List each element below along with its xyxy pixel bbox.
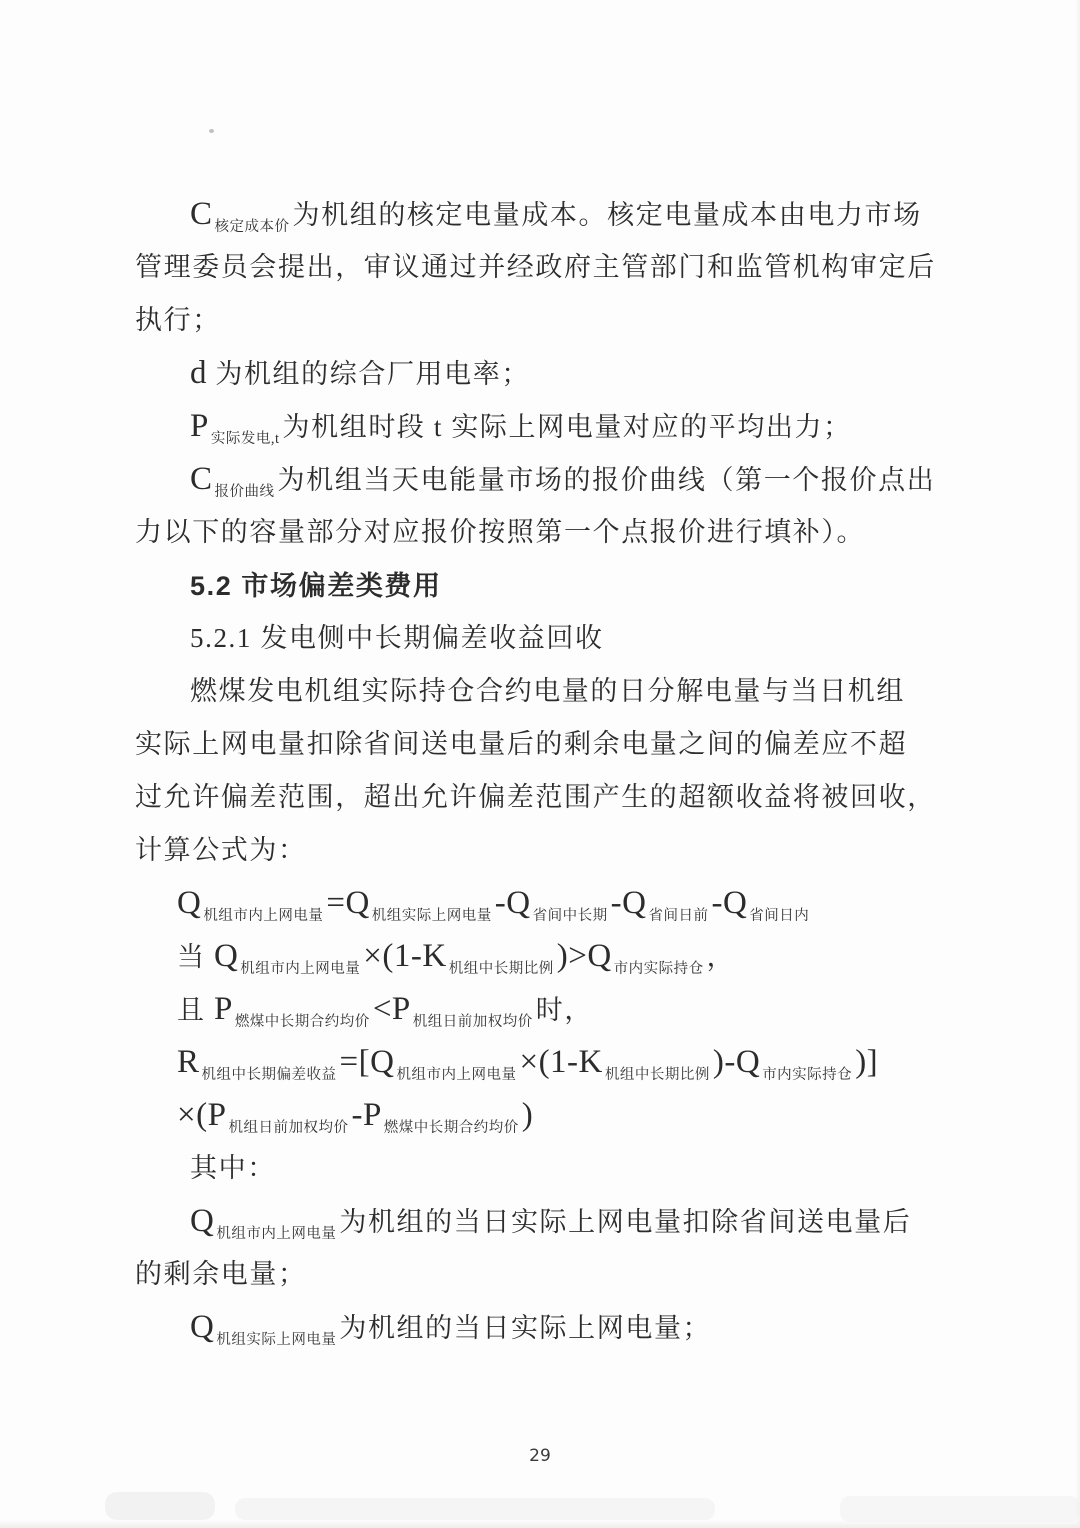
text-run: 实际上网电量扣除省间送电量后的剩余电量之间的偏差应不超 [135,729,907,759]
para-q-actual: Q机组实际上网电量为机组的当日实际上网电量； [135,1301,945,1354]
formula-subscript: 机组市内上网电量 [216,1226,336,1242]
text-run: 的剩余电量； [135,1259,307,1289]
para-among: 其中： [135,1142,945,1195]
formula-subscript: 报价曲线 [215,484,275,500]
formula-variable: d [190,355,207,391]
text-run: 过允许偏差范围，超出允许偏差范围产生的超额收益将被回收， [135,782,936,812]
formula-variable: ) [522,1097,534,1133]
formula-variable: =[Q [340,1044,395,1080]
para-q-innet-line2: 的剩余电量； [135,1248,945,1301]
formula-subscript: 实际发电,t [211,431,280,447]
formula-variable: Q [177,885,201,921]
para-c-costprice-line1: C核定成本价为机组的核定电量成本。核定电量成本由电力市场 [135,188,945,241]
text-run: 5.2 市场偏差类费用 [190,571,442,601]
text-run: 计算公式为： [135,835,307,865]
formula-variable: -Q [611,885,647,921]
formula-subscript: 核定成本价 [215,219,290,235]
formula-subscript: 机组市内上网电量 [396,1067,516,1083]
formula-variable: Q [214,938,238,974]
para-c-costprice-line3: 执行； [135,294,945,347]
para-c-bidcurve-line1: C报价曲线为机组当天电能量市场的报价曲线（第一个报价点出 [135,453,945,506]
formula-variable: P [214,991,233,1027]
text-run: 为机组的综合厂用电率； [207,359,530,389]
formula-variable: P [190,408,209,444]
text-run: 时， [536,995,593,1025]
formula-condition-1: 当 Q机组市内上网电量×(1-K机组中长期比例)>Q市内实际持仓， [135,930,945,983]
text-run: 执行； [135,305,221,335]
para-d-rate: d 为机组的综合厂用电率； [135,347,945,400]
formula-variable: ×(1-K [519,1044,602,1080]
text-run: 力以下的容量部分对应报价按照第一个点报价进行填补）。 [135,517,865,547]
text-run: ， [707,942,736,972]
formula-subscript: 机组中长期比例 [605,1067,710,1083]
formula-variable: )] [855,1044,878,1080]
text-run: 为机组的当日实际上网电量扣除省间送电量后 [339,1207,911,1237]
scan-edge-shadow-bottom [0,1520,1080,1528]
text-run: 为机组当天电能量市场的报价曲线（第一个报价点出 [278,465,936,495]
formula-variable: Q [190,1309,214,1345]
formula-revenue-line2: ×(P机组日前加权均价-P燃煤中长期合约均价) [135,1089,945,1142]
scan-smudge [840,1496,1080,1522]
formula-variable: ×(P [177,1097,226,1133]
formula-subscript: 机组实际上网电量 [216,1332,336,1348]
formula-subscript: 省间日前 [648,908,708,924]
text-run: 为机组的当日实际上网电量； [339,1313,711,1343]
formula-subscript: 燃煤中长期合约均价 [384,1120,519,1136]
formula-subscript: 省间中长期 [533,908,608,924]
formula-net-energy: Q机组市内上网电量=Q机组实际上网电量-Q省间中长期-Q省间日前-Q省间日内 [135,877,945,930]
formula-variable: =Q [326,885,369,921]
formula-subscript: 机组市内上网电量 [240,961,360,977]
formula-subscript: 市内实际持仓 [762,1067,852,1083]
formula-subscript: 机组市内上网电量 [203,908,323,924]
text-run: 5.2.1 发电侧中长期偏差收益回收 [190,623,604,653]
formula-subscript: 机组中长期偏差收益 [202,1067,337,1083]
text-run: 管理委员会提出，审议通过并经政府主管部门和监管机构审定后 [135,252,936,282]
formula-variable: ×(1-K [363,938,446,974]
text-run: 燃煤发电机组实际持仓合约电量的日分解电量与当日机组 [190,676,905,706]
scan-edge-shadow-right [1075,0,1080,1528]
formula-condition-2: 且 P燃煤中长期合约均价<P机组日前加权均价时， [135,983,945,1036]
heading-5-2: 5.2 市场偏差类费用 [135,559,945,612]
scan-artifact-dot [209,129,214,133]
para-q-innet-line1: Q机组市内上网电量为机组的当日实际上网电量扣除省间送电量后 [135,1195,945,1248]
document-page: C核定成本价为机组的核定电量成本。核定电量成本由电力市场管理委员会提出，审议通过… [0,0,1080,1528]
formula-variable: -Q [495,885,531,921]
para-p-actual-output: P实际发电,t为机组时段 t 实际上网电量对应的平均出力； [135,400,945,453]
formula-variable: -P [351,1097,381,1133]
formula-variable: C [190,196,213,232]
scan-smudge [235,1498,715,1520]
formula-variable: Q [190,1203,214,1239]
formula-subscript: 机组实际上网电量 [372,908,492,924]
para-desc-line4: 计算公式为： [135,824,945,877]
para-desc-line3: 过允许偏差范围，超出允许偏差范围产生的超额收益将被回收， [135,771,945,824]
formula-subscript: 机组日前加权均价 [413,1014,533,1030]
para-desc-line2: 实际上网电量扣除省间送电量后的剩余电量之间的偏差应不超 [135,718,945,771]
formula-variable: )>Q [557,938,612,974]
formula-variable: )-Q [713,1044,760,1080]
text-run: 且 [177,995,214,1025]
text-run: 当 [177,942,214,972]
formula-variable: <P [373,991,411,1027]
formula-variable: C [190,461,213,497]
document-body: C核定成本价为机组的核定电量成本。核定电量成本由电力市场管理委员会提出，审议通过… [135,188,945,1354]
formula-subscript: 机组中长期比例 [449,961,554,977]
formula-variable: R [177,1044,200,1080]
formula-subscript: 燃煤中长期合约均价 [235,1014,370,1030]
para-c-bidcurve-line2: 力以下的容量部分对应报价按照第一个点报价进行填补）。 [135,506,945,559]
formula-subscript: 机组日前加权均价 [228,1120,348,1136]
text-run: 其中： [190,1153,276,1183]
para-c-costprice-line2: 管理委员会提出，审议通过并经政府主管部门和监管机构审定后 [135,241,945,294]
scan-smudge [105,1492,215,1520]
formula-subscript: 省间日内 [749,908,809,924]
text-run: 为机组的核定电量成本。核定电量成本由电力市场 [293,200,922,230]
formula-revenue-line1: R机组中长期偏差收益=[Q机组市内上网电量×(1-K机组中长期比例)-Q市内实际… [135,1036,945,1089]
page-number: 29 [529,1446,551,1466]
formula-variable: -Q [711,885,747,921]
text-run: 为机组时段 t 实际上网电量对应的平均出力； [283,412,852,442]
para-desc-line1: 燃煤发电机组实际持仓合约电量的日分解电量与当日机组 [135,665,945,718]
formula-subscript: 市内实际持仓 [614,961,704,977]
heading-5-2-1: 5.2.1 发电侧中长期偏差收益回收 [135,612,945,665]
